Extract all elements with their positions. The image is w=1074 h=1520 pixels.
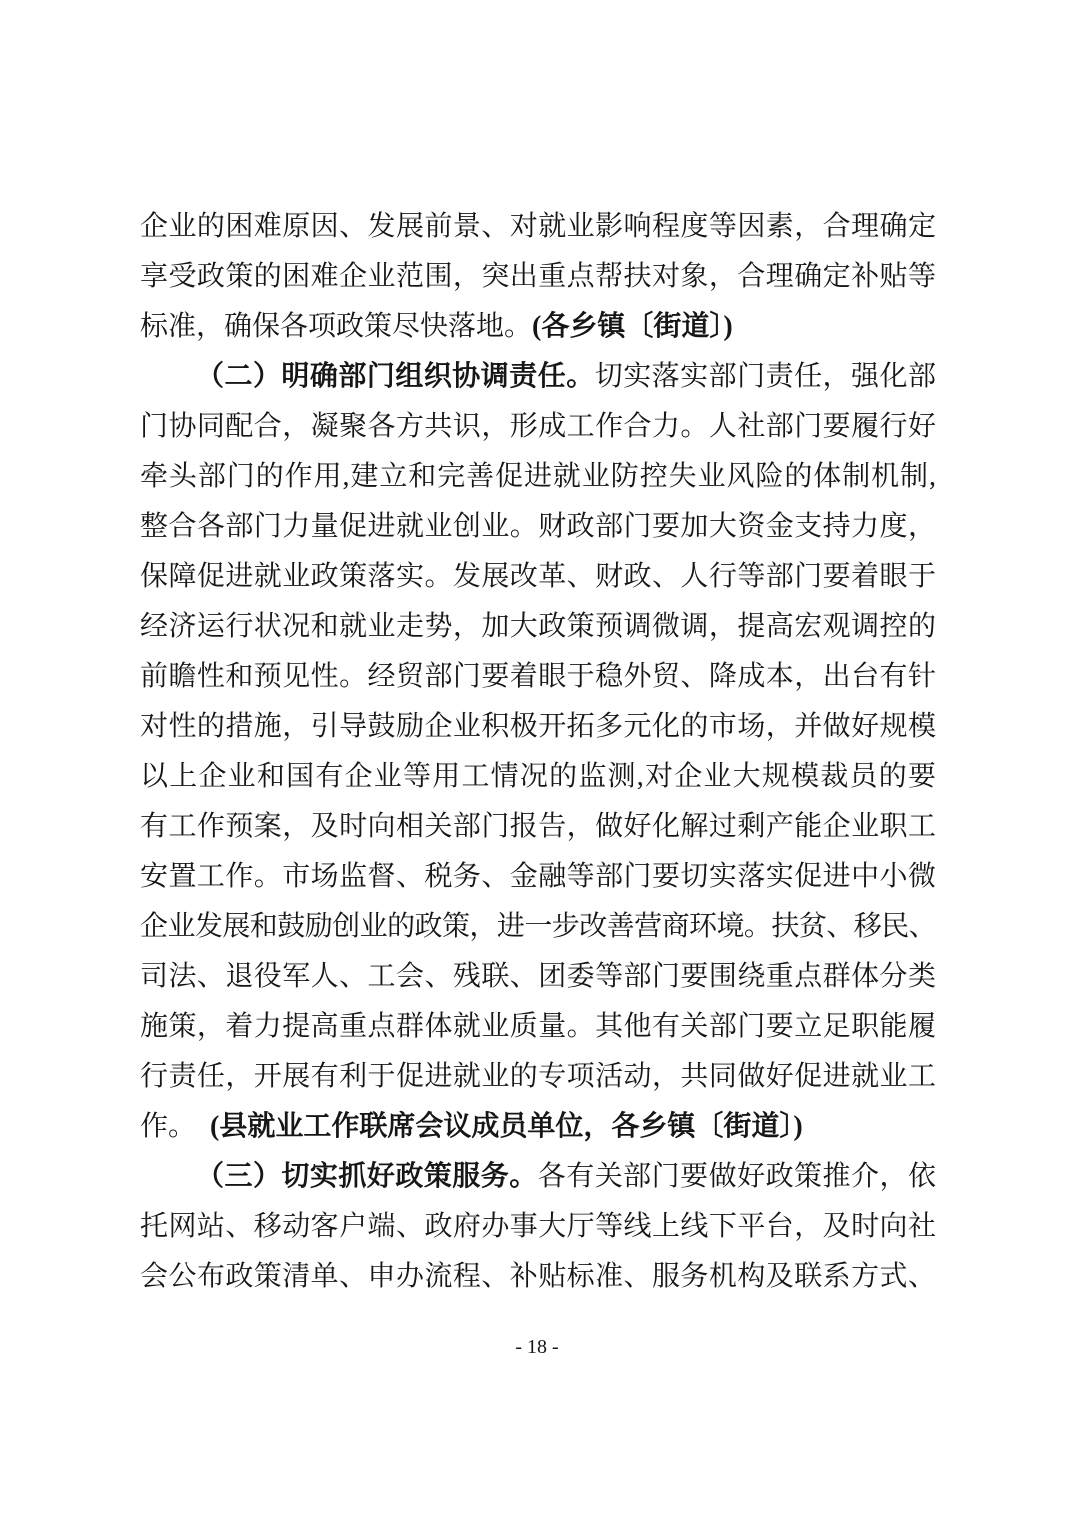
text-line: 享受政策的困难企业范围，突出重点帮扶对象，合理确定补贴等: [140, 252, 936, 302]
text-segment: 对性的措施，引导鼓励企业积极开拓多元化的市场，并做好规模: [140, 711, 936, 742]
text-line: 安置工作。市场监督、税务、金融等部门要切实落实促进中小微: [140, 852, 936, 902]
text-segment: 前瞻性和预见性。经贸部门要着眼于稳外贸、降成本，出台有针: [140, 661, 936, 692]
text-segment: 行责任，开展有利于促进就业的专项活动，共同做好促进就业工: [140, 1061, 936, 1092]
text-line: 以上企业和国有企业等用工情况的监测,对企业大规模裁员的要: [140, 752, 936, 802]
text-line: 对性的措施，引导鼓励企业积极开拓多元化的市场，并做好规模: [140, 702, 936, 752]
text-segment: 牵头部门的作用,建立和完善促进就业防控失业风险的体制机制,: [140, 461, 936, 492]
text-segment: 经济运行状况和就业走势，加大政策预调微调，提高宏观调控的: [140, 611, 936, 642]
text-line: 司法、退役军人、工会、残联、团委等部门要围绕重点群体分类: [140, 952, 936, 1002]
text-line: 前瞻性和预见性。经贸部门要着眼于稳外贸、降成本，出台有针: [140, 652, 936, 702]
text-segment: 作。: [140, 1111, 210, 1142]
text-segment: 企业的困难原因、发展前景、对就业影响程度等因素，合理确定: [140, 211, 936, 242]
text-line: 托网站、移动客户端、政府办事大厅等线上线下平台，及时向社: [140, 1202, 936, 1252]
text-segment: 各有关部门要做好政策推介，依: [538, 1161, 936, 1192]
text-line: 企业的困难原因、发展前景、对就业影响程度等因素，合理确定: [140, 202, 936, 252]
bold-text-segment: （二）明确部门组织协调责任。: [196, 361, 595, 392]
text-line: 经济运行状况和就业走势，加大政策预调微调，提高宏观调控的: [140, 602, 936, 652]
text-segment: 门协同配合，凝聚各方共识，形成工作合力。人社部门要履行好: [140, 411, 936, 442]
text-segment: 有工作预案，及时向相关部门报告，做好化解过剩产能企业职工: [140, 811, 936, 842]
text-line: 会公布政策清单、申办流程、补贴标准、服务机构及联系方式、: [140, 1252, 936, 1302]
text-line: 有工作预案，及时向相关部门报告，做好化解过剩产能企业职工: [140, 802, 936, 852]
text-segment: 司法、退役军人、工会、残联、团委等部门要围绕重点群体分类: [140, 961, 936, 992]
text-segment: 整合各部门力量促进就业创业。财政部门要加大资金支持力度，: [140, 511, 936, 542]
bold-text-segment: （三）切实抓好政策服务。: [196, 1161, 538, 1192]
text-segment: 以上企业和国有企业等用工情况的监测,对企业大规模裁员的要: [140, 761, 936, 792]
text-line: 整合各部门力量促进就业创业。财政部门要加大资金支持力度，: [140, 502, 936, 552]
text-segment: 会公布政策清单、申办流程、补贴标准、服务机构及联系方式、: [140, 1261, 936, 1292]
text-line: 保障促进就业政策落实。发展改革、财政、人行等部门要着眼于: [140, 552, 936, 602]
text-line: 标准，确保各项政策尽快落地。(各乡镇〔街道〕): [140, 302, 936, 352]
text-segment: 切实落实部门责任，强化部: [595, 361, 936, 392]
text-line: （三）切实抓好政策服务。各有关部门要做好政策推介，依: [140, 1152, 936, 1202]
text-line: 施策，着力提高重点群体就业质量。其他有关部门要立足职能履: [140, 1002, 936, 1052]
text-segment: 托网站、移动客户端、政府办事大厅等线上线下平台，及时向社: [140, 1211, 936, 1242]
document-page: 企业的困难原因、发展前景、对就业影响程度等因素，合理确定享受政策的困难企业范围，…: [0, 0, 1074, 1520]
bold-text-segment: (各乡镇〔街道〕): [532, 311, 733, 342]
text-segment: 享受政策的困难企业范围，突出重点帮扶对象，合理确定补贴等: [140, 261, 936, 292]
text-line: 牵头部门的作用,建立和完善促进就业防控失业风险的体制机制,: [140, 452, 936, 502]
text-segment: 企业发展和鼓励创业的政策，进一步改善营商环境。扶贫、移民、: [140, 911, 936, 942]
text-segment: 保障促进就业政策落实。发展改革、财政、人行等部门要着眼于: [140, 561, 936, 592]
text-line: 作。 (县就业工作联席会议成员单位，各乡镇〔街道〕): [140, 1102, 936, 1152]
text-line: 门协同配合，凝聚各方共识，形成工作合力。人社部门要履行好: [140, 402, 936, 452]
bold-text-segment: (县就业工作联席会议成员单位，各乡镇〔街道〕): [210, 1111, 803, 1142]
text-line: 企业发展和鼓励创业的政策，进一步改善营商环境。扶贫、移民、: [140, 902, 936, 952]
document-lines: 企业的困难原因、发展前景、对就业影响程度等因素，合理确定享受政策的困难企业范围，…: [140, 202, 936, 1302]
text-segment: 标准，确保各项政策尽快落地。: [140, 311, 532, 342]
page-number: - 18 -: [0, 1332, 1074, 1362]
text-segment: 施策，着力提高重点群体就业质量。其他有关部门要立足职能履: [140, 1011, 936, 1042]
text-segment: 安置工作。市场监督、税务、金融等部门要切实落实促进中小微: [140, 861, 936, 892]
text-line: 行责任，开展有利于促进就业的专项活动，共同做好促进就业工: [140, 1052, 936, 1102]
text-line: （二）明确部门组织协调责任。切实落实部门责任，强化部: [140, 352, 936, 402]
